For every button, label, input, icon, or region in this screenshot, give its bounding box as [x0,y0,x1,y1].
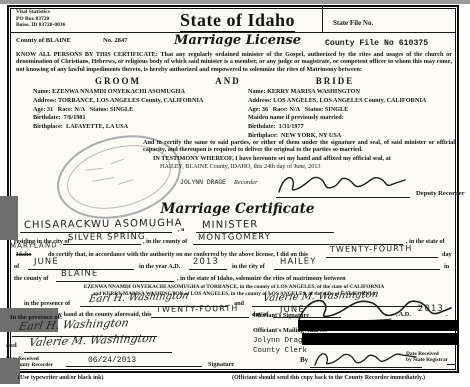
officiant-signature-label: Officiant's Signature [253,312,309,319]
vital-line: Boise, ID 83720-0036 [16,22,65,29]
witness-day-handwritten: TWENTY-FOURTH [156,304,239,314]
certify-text: do certify that, in accordance with the … [48,251,308,258]
and-header: AND [198,78,258,85]
blank-line [326,257,438,258]
field-label: Race: [58,106,73,113]
scan-artifact-gray-box [0,358,20,384]
blank-line [447,364,456,365]
label-line: by State Registrar [406,357,448,363]
officiant-name-handwritten: CHISARACKWU ASOMUGHA [24,218,183,231]
marriage-license-document: Vital Statistics PO Box 83720 Boise, ID … [0,0,470,387]
field-label: Status: [305,106,324,113]
field-label: Birthdate: [248,123,276,130]
the-county-of-label: the county of [14,275,48,282]
county-of-label: County of BLAINE [16,37,71,44]
license-title: Marriage License [150,33,325,48]
state-file-no-label: State File No. [333,20,373,27]
county-file-number: County File No 610375 [325,39,428,48]
blank-line [63,244,141,245]
bride-age: 36 [262,106,268,113]
ceremony-day-handwritten: TWENTY-FOURTH [330,244,413,254]
license-certification-paragraph: KNOW ALL PERSONS BY THIS CERTIFICATE: Th… [16,51,452,73]
recorder-title: Recorder [234,179,258,186]
ceremony-year-handwritten: 2013 [193,257,219,267]
city-of-label: in the city of [232,263,265,270]
field-label: Race: [273,106,288,113]
deputy-recorder-title: Deputy Recorder [416,190,465,197]
day-label: day [442,251,452,258]
bride-status: SINGLE [325,106,348,113]
paragraph-lead: KNOW ALL PERSONS BY THIS CERTIFICATE: [16,51,158,58]
testimony-certify-text: And to certify the same to said parties,… [143,139,455,154]
groom-race: N/A [74,106,85,113]
groom-birthdate: 7/6/1981 [64,114,86,121]
deputy-recorder-signature [275,170,410,198]
bride-race: N/A [289,106,300,113]
field-label: Age: [33,106,45,113]
vital-line: PO Box 83720 [16,16,65,23]
testimony-whereof-text: IN TESTIMONY WHEREOF, I have hereunto se… [153,155,391,162]
recorder-name-line: JOLYNN DRAGE Recorder [180,171,258,189]
vital-statistics-address: Vital Statistics PO Box 83720 Boise, ID … [16,9,65,29]
blank-line [189,269,227,270]
blank-line [151,317,249,318]
footer-right-note: (Officiant should send this copy back to… [232,375,425,382]
groom-status: SINGLE [110,106,133,113]
vital-line: Vital Statistics [16,9,65,16]
groom-details: Name: EZENWA NNAMDI ONYEKACHI ASOMUGHA A… [33,88,203,132]
officiant-title-handwritten: MINISTER [202,219,259,231]
scan-edge-strip [0,0,470,4]
field-label: Birthplace: [248,132,278,139]
groom-age: 31 [47,106,53,113]
scan-artifact-gray-box [0,196,18,240]
page-title: State of Idaho [180,10,295,33]
year-label: in the year A.D. [139,263,180,270]
field-label: Name: [248,88,266,95]
blank-line [274,269,440,270]
bride-birthdate: 1/31/1977 [279,123,304,130]
by-label: By [300,357,308,364]
ceremony-city-handwritten: HAILEY [280,256,317,267]
solemnize-text: , in the state of Idaho, solemnize the r… [177,275,346,282]
field-label: Age: [248,106,260,113]
groom-address: TORRANCE, LOS ANGELES County, CALIFORNIA [58,97,203,104]
signature-label: Signature [208,361,234,368]
blank-line [310,367,422,368]
comma-a-label: , a [178,226,184,233]
groom-name: EZENWA NNAMDI ONYEKACHI ASOMUGHA [52,88,185,95]
field-label: Address: [248,97,272,104]
field-label: Name: [33,88,51,95]
blank-line [56,281,174,282]
footer-left-note: (Use typewriter and/or black ink) [18,375,103,382]
clerk-title: County Clerk [253,347,307,355]
date-received-state-label: Date Received by State Registrar [406,351,448,363]
state-title-wrap: State of Idaho [150,10,325,33]
officiant-city-handwritten: SILVER SPRING [68,232,146,243]
certificate-title: Marriage Certificate [150,201,325,217]
officiant-county-handwritten: MONTGOMERY [198,232,271,243]
bride-birthplace: NEW YORK, NY USA [281,132,341,139]
redaction-bar [298,320,458,331]
bride-address: LOS ANGELES, LOS ANGELES County, CALIFOR… [273,97,426,104]
bride-maiden-name-label: Maiden name if previously married: [248,114,344,121]
license-number: No. 2847 [103,37,128,44]
groom-birthplace: LAFAYETTE, LA USA [66,123,128,130]
in-label: in [444,263,449,270]
date-received-county-value: 06/24/2013 [88,356,136,365]
blank-line [66,366,202,367]
bride-details: Name: KERRY MARISA WASHINGTON Address: L… [248,88,426,141]
field-label: Birthplace: [33,123,63,130]
redaction-bar [302,333,458,345]
header-divider-line [322,7,323,32]
field-label: Birthdate: [33,114,61,121]
groom-header: GROOM [58,78,178,85]
presence-label: in the presence of [24,300,70,307]
ceremony-county-handwritten: BLAINE [61,268,99,279]
field-label: Address: [33,97,57,104]
bride-header: BRIDE [292,78,378,85]
officiant-state-handwritten: MARYLAND [10,241,58,250]
blank-line [24,352,172,353]
bottom-and-label: and [6,342,17,349]
testimony-place-line: HAILEY, BLAINE County, IDAHO, this 24th … [160,163,321,170]
recorder-name: JOLYNN DRAGE [180,179,226,186]
clerk-name: Jolynn Drage [253,337,307,345]
certificate-groom-line: EZENWA NNAMDI ONYEKACHI ASOMUGHA of TORR… [16,284,452,290]
ceremony-month-handwritten: JUNE [34,257,59,267]
field-label: Status: [90,106,109,113]
blank-line [12,336,157,337]
county-of-label: , in the county of [143,238,187,245]
of-label: of [14,263,19,270]
state-struck-word: Idaho [16,251,31,258]
deputy-signature-line [276,197,410,198]
bride-name: KERRY MARISA WASHINGTON [267,88,360,95]
